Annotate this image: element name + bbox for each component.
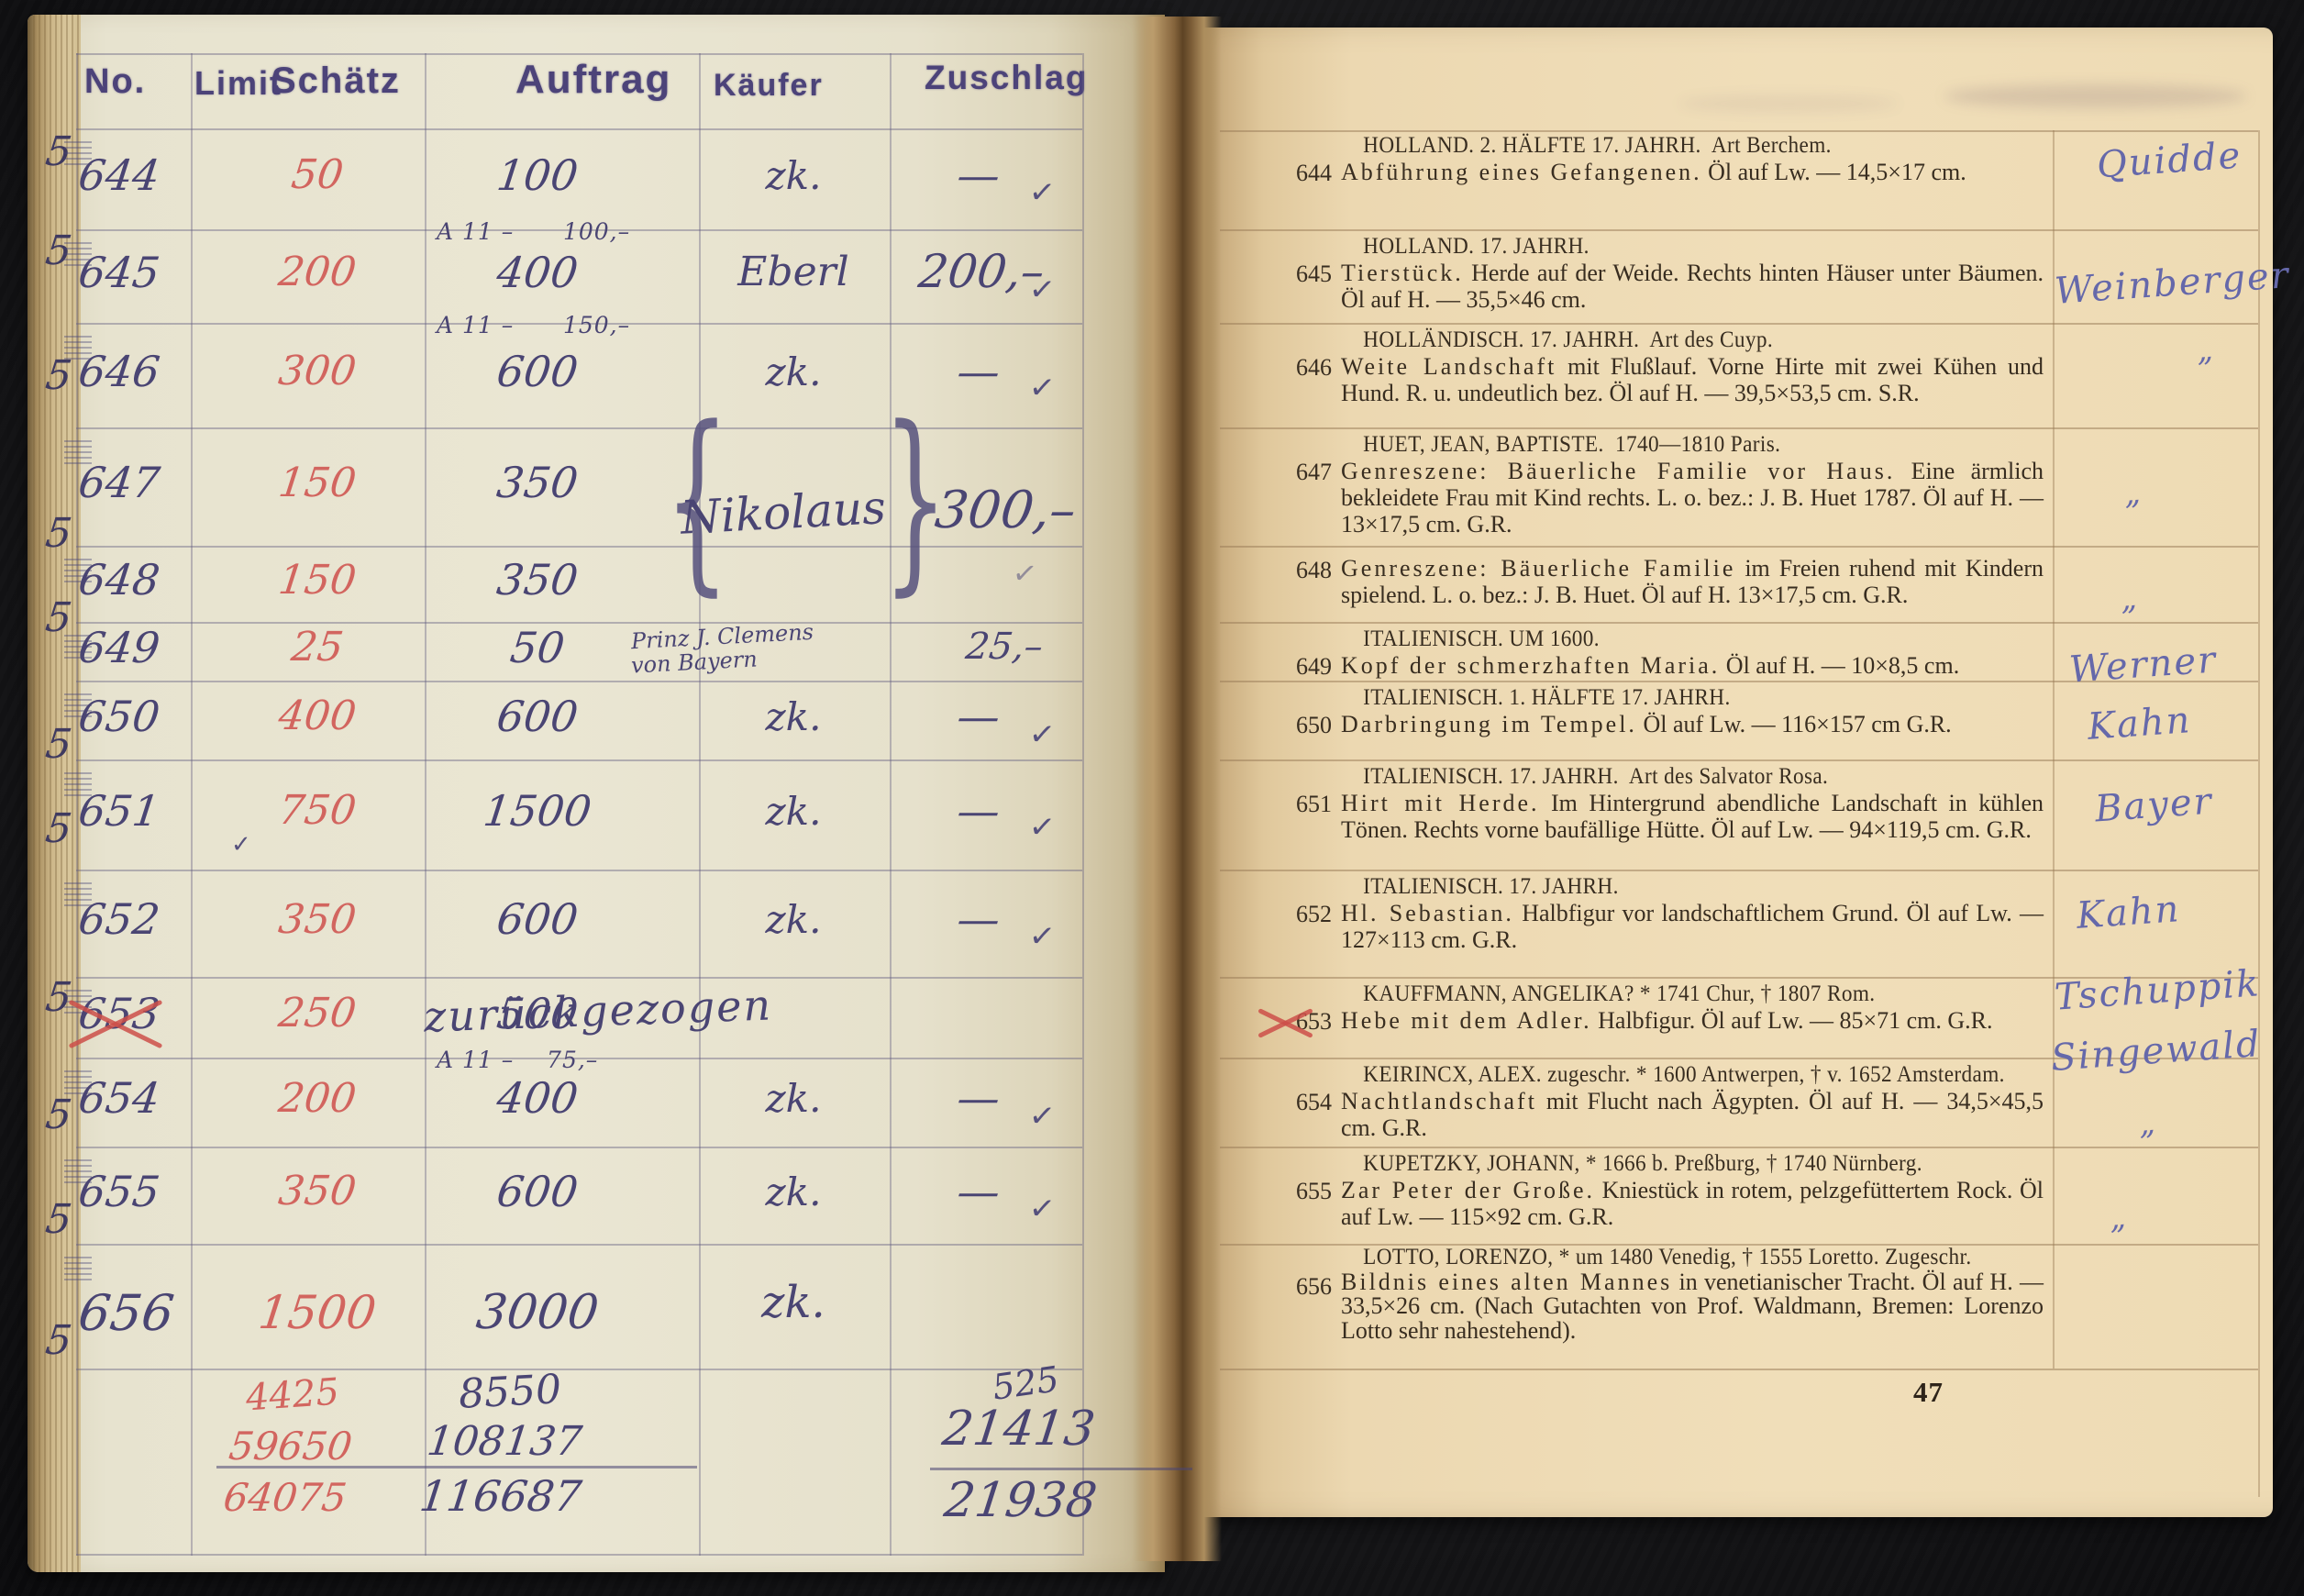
tick-icon: ✓: [231, 831, 251, 859]
lot-title-emphasized: Kopf der schmerzhaften Maria.: [1341, 652, 1720, 679]
row-number: 655: [76, 1167, 162, 1216]
estimate-value: 50: [421, 623, 655, 672]
lot-title-emphasized: Hirt mit Herde.: [1341, 790, 1540, 816]
row-number: 649: [76, 623, 162, 672]
totals-limit-page: 4425: [245, 1371, 341, 1420]
hammer-price: 25,–: [942, 626, 1067, 668]
column-header-auftrag: Auftrag: [515, 57, 671, 103]
catalog-entry: KAUFFMANN, ANGELIKA? * 1741 Chur, † 1807…: [1341, 981, 2044, 1034]
buyer-name: zk.: [699, 789, 888, 834]
hammer-price: —: [916, 1167, 1042, 1216]
page-margin-line: [2258, 130, 2260, 1497]
estimate-value: 3000: [420, 1285, 654, 1340]
margin-buyer-name: Kahn: [2087, 699, 2193, 748]
grid-line-h: [1220, 229, 2258, 231]
estimate-value: 600: [421, 347, 655, 396]
lot-description: Genreszene: Bäuerliche Familie vor Haus.…: [1341, 458, 2044, 538]
entry-header: ITALIENISCH. UM 1600.: [1341, 626, 1994, 652]
lot-number: 650: [1280, 712, 1332, 739]
margin-ditto-mark: „: [2120, 580, 2140, 617]
entry-header: HOLLAND. 2. HÄLFTE 17. JAHRH. Art Berche…: [1341, 132, 1994, 159]
lot-title-rest: Öl auf Lw. — 116×157 cm G.R.: [1637, 711, 1952, 737]
lot-description: Hirt mit Herde. Im Hintergrund abendlich…: [1341, 790, 2044, 843]
lot-title-emphasized: Bildnis eines alten Mannes: [1341, 1269, 1672, 1295]
totals-estimate-carry: 108137: [425, 1418, 584, 1465]
lot-description: Hebe mit dem Adler. Halbfigur. Öl auf Lw…: [1341, 1007, 2044, 1034]
lot-number: 646: [1280, 354, 1332, 382]
hammer-price: 200,–: [915, 245, 1041, 298]
row-number: 644: [76, 150, 162, 200]
hammer-price: —: [916, 894, 1042, 944]
page-number: 47: [1913, 1376, 1944, 1409]
limit-value: 1500: [216, 1286, 417, 1339]
grid-line-h: [76, 1147, 1082, 1148]
buyer-name: zk.: [699, 897, 888, 942]
totals-limit-carry: 59650: [227, 1424, 355, 1469]
hammer-price: —: [916, 150, 1042, 200]
tick-icon: ✓: [1010, 554, 1039, 592]
entry-header: HOLLÄNDISCH. 17. JAHRH. Art des Cuyp.: [1341, 327, 1994, 353]
book-gutter: [1134, 17, 1222, 1561]
catalog-entry: Genreszene: Bäuerliche Familie im Freien…: [1341, 555, 2044, 608]
lot-number: 651: [1280, 791, 1332, 818]
lot-description: Weite Landschaft mit Flußlauf. Vorne Hir…: [1341, 353, 2044, 406]
row-number: 648: [76, 555, 162, 604]
limit-value: 50: [217, 151, 417, 198]
grid-line-h: [76, 977, 1082, 979]
estimate-value: 600: [421, 894, 655, 944]
row-number: 647: [76, 458, 162, 507]
estimate-value: 1500: [421, 786, 655, 836]
lot-description: Bildnis eines alten Mannes in venetianis…: [1341, 1270, 2044, 1344]
auftrag-annotation: A 11 – 100,–: [437, 218, 630, 245]
tick-icon: ✓: [1027, 1096, 1058, 1136]
buyer-name: zk.: [699, 1169, 888, 1214]
totals-limit-sum: 64075: [221, 1475, 349, 1520]
lot-title-emphasized: Genreszene: Bäuerliche Familie vor Haus.: [1341, 458, 1895, 484]
ink-smudge: [64, 1257, 92, 1280]
lot-description: Hl. Sebastian. Halbfigur vor landschaftl…: [1341, 900, 2044, 953]
buyer-name: Eberl: [699, 249, 888, 295]
lot-title-rest: Halbfigur. Öl auf Lw. — 85×71 cm. G.R.: [1592, 1007, 1993, 1034]
lot-number: 645: [1280, 260, 1332, 288]
hammer-price: —: [916, 786, 1042, 836]
entry-header: HOLLAND. 17. JAHRH.: [1341, 233, 1994, 260]
column-header-no: No.: [84, 62, 146, 102]
margin-ditto-mark: „: [2109, 1199, 2129, 1236]
entry-header: ITALIENISCH. 17. JAHRH.: [1341, 873, 1994, 900]
grid-line-v: [1082, 53, 1084, 1556]
grid-line-h: [76, 53, 1082, 55]
lot-number: 647: [1280, 459, 1332, 486]
lot-number: 656: [1280, 1273, 1332, 1301]
margin-buyer-name: Kahn: [2076, 888, 2182, 937]
cross-icon: [1258, 999, 1312, 1043]
limit-value: 750: [217, 787, 417, 834]
grid-line-h: [1220, 622, 2258, 624]
book-photo: No. Limit Schätz Auftrag Käufer Zuschlag…: [0, 0, 2304, 1596]
margin-ditto-mark: „: [2123, 474, 2143, 512]
lot-title-rest: Öl auf Lw. — 14,5×17 cm.: [1702, 159, 1966, 185]
tick-icon: ✓: [1027, 808, 1058, 848]
ink-smudge: [1944, 84, 2247, 108]
totals-hammer-sum: 21938: [941, 1473, 1100, 1528]
entry-header: KAUFFMANN, ANGELIKA? * 1741 Chur, † 1807…: [1341, 981, 1994, 1007]
tick-icon: ✓: [1027, 1189, 1058, 1228]
lot-description: Darbringung im Tempel. Öl auf Lw. — 116×…: [1341, 711, 2044, 737]
buyer-name-group-647-648: Nikolaus: [680, 481, 884, 544]
grid-line-h: [76, 1369, 1082, 1370]
lot-title-rest: Öl auf H. — 10×8,5 cm.: [1720, 652, 1959, 679]
lot-description: Tierstück. Herde auf der Weide. Rechts h…: [1341, 260, 2044, 313]
row-number: 654: [76, 1073, 162, 1123]
catalog-entry: KEIRINCX, ALEX. zugeschr. * 1600 Antwerp…: [1341, 1061, 2044, 1141]
column-header-schaetz: Schätz: [271, 61, 401, 102]
grid-line-v: [191, 53, 193, 1556]
estimate-value: 100: [421, 150, 655, 200]
entry-header: LOTTO, LORENZO, * um 1480 Venedig, † 155…: [1341, 1246, 1994, 1270]
grid-line-h: [76, 759, 1082, 761]
lot-title-emphasized: Hebe mit dem Adler.: [1341, 1007, 1592, 1034]
tick-icon: ✓: [1027, 172, 1058, 212]
names-column-line: [2053, 130, 2055, 1369]
estimate-value: 600: [421, 1167, 655, 1216]
estimate-value: 600: [421, 692, 655, 741]
row-number: 651: [76, 786, 162, 836]
catalog-entry: ITALIENISCH. 17. JAHRH.Hl. Sebastian. Ha…: [1341, 873, 2044, 953]
auftrag-annotation: A 11 – 75,–: [437, 1047, 598, 1073]
grid-line-h: [76, 1554, 1082, 1556]
margin-buyer-name: Bayer: [2094, 781, 2215, 831]
hammer-price: —: [916, 1073, 1042, 1123]
grid-line-h: [1220, 1147, 2258, 1148]
cross-icon: [70, 995, 161, 1048]
lot-title-emphasized: Tierstück.: [1341, 260, 1464, 286]
lot-title-emphasized: Zar Peter der Große.: [1341, 1177, 1595, 1203]
row-number: 645: [76, 248, 162, 297]
row-number: 650: [76, 692, 162, 741]
limit-value: 300: [217, 348, 417, 394]
grid-line-h: [1220, 546, 2258, 548]
lot-title-emphasized: Genreszene: Bäuerliche Familie: [1341, 555, 1735, 582]
lot-description: Kopf der schmerzhaften Maria. Öl auf H. …: [1341, 652, 2044, 679]
limit-value: 400: [217, 693, 417, 739]
grid-line-h: [76, 870, 1082, 871]
lot-description: Zar Peter der Große. Kniestück in rotem,…: [1341, 1177, 2044, 1230]
totals-hammer-carry: 21413: [939, 1402, 1098, 1457]
totals-estimate-sum: 116687: [417, 1471, 584, 1521]
buyer-name: zk.: [699, 153, 888, 198]
totals-sum-line: [930, 1468, 1192, 1470]
lot-title-emphasized: Hl. Sebastian.: [1341, 900, 1514, 926]
lot-title-emphasized: Darbringung im Tempel.: [1341, 711, 1637, 737]
auftrag-annotation: A 11 – 150,–: [437, 312, 630, 338]
grid-line-h: [76, 681, 1082, 682]
row-number: 652: [76, 894, 162, 944]
limit-value: 25: [217, 624, 417, 671]
catalog-entry: HOLLAND. 17. JAHRH.Tierstück. Herde auf …: [1341, 233, 2044, 313]
buyer-name: zk.: [699, 1277, 888, 1328]
catalog-entry: HOLLAND. 2. HÄLFTE 17. JAHRH. Art Berche…: [1341, 132, 2044, 185]
lot-description: Abführung eines Gefangenen. Öl auf Lw. —…: [1341, 159, 2044, 185]
totals-sum-line: [216, 1466, 697, 1469]
column-header-kaeufer: Käufer: [714, 68, 824, 104]
lot-number: 648: [1280, 557, 1332, 584]
estimate-value: 350: [421, 458, 655, 507]
catalog-entry: HUET, JEAN, BAPTISTE. 1740—1810 Paris.Ge…: [1341, 431, 2044, 538]
limit-value: 150: [217, 460, 417, 506]
limit-value: 200: [217, 1075, 417, 1122]
column-header-zuschlag: Zuschlag: [925, 59, 1088, 97]
lot-number: 655: [1280, 1178, 1332, 1205]
margin-ditto-mark: „: [2196, 331, 2216, 369]
entry-header: KEIRINCX, ALEX. zugeschr. * 1600 Antwerp…: [1341, 1061, 1994, 1088]
limit-value: 250: [217, 990, 417, 1036]
lot-number: 649: [1280, 653, 1332, 681]
column-header-limit: Limit: [194, 64, 282, 103]
catalog-entry: LOTTO, LORENZO, * um 1480 Venedig, † 155…: [1341, 1246, 2044, 1343]
margin-ditto-mark: „: [2138, 1104, 2158, 1142]
buyer-name: zk.: [699, 1076, 888, 1121]
hammer-price: —: [916, 692, 1042, 741]
lot-number: 644: [1280, 160, 1332, 187]
lot-number: 654: [1280, 1089, 1332, 1116]
entry-header: ITALIENISCH. 17. JAHRH. Art des Salvator…: [1341, 763, 1994, 790]
catalog-entry: ITALIENISCH. 17. JAHRH. Art des Salvator…: [1341, 763, 2044, 843]
lot-title-emphasized: Nachtlandschaft: [1341, 1088, 1537, 1114]
grid-line-h: [1220, 1369, 2258, 1370]
estimate-value: 350: [421, 555, 655, 604]
hammer-price-group-647-648: 300,–: [932, 481, 1080, 540]
lot-description: Genreszene: Bäuerliche Familie im Freien…: [1341, 555, 2044, 608]
estimate-value: 400: [421, 248, 655, 297]
grid-line-h: [1220, 427, 2258, 429]
lot-title-emphasized: Weite Landschaft: [1341, 353, 1556, 380]
estimate-value: 400: [421, 1073, 655, 1123]
lot-number: 652: [1280, 901, 1332, 928]
grid-line-h: [76, 1244, 1082, 1246]
entry-header: HUET, JEAN, BAPTISTE. 1740—1810 Paris.: [1341, 431, 1994, 458]
grid-line-h: [76, 128, 1082, 130]
row-number: 646: [76, 347, 162, 396]
catalog-entry: ITALIENISCH. 1. HÄLFTE 17. JAHRH.Darbrin…: [1341, 684, 2044, 737]
limit-value: 150: [217, 557, 417, 604]
buyer-name: zk.: [699, 694, 888, 739]
grid-line-h: [1220, 870, 2258, 871]
grid-line-h: [1220, 323, 2258, 325]
lot-title-emphasized: Abführung eines Gefangenen.: [1341, 159, 1702, 185]
tick-icon: ✓: [1027, 369, 1058, 408]
tick-icon: ✓: [1027, 715, 1058, 754]
ink-smudge: [1678, 95, 1899, 112]
catalog-entry: KUPETZKY, JOHANN, * 1666 b. Preßburg, † …: [1341, 1150, 2044, 1230]
entry-header: KUPETZKY, JOHANN, * 1666 b. Preßburg, † …: [1341, 1150, 1994, 1177]
entry-header: ITALIENISCH. 1. HÄLFTE 17. JAHRH.: [1341, 684, 1994, 711]
grid-line-v: [890, 53, 892, 1556]
tick-icon: ✓: [1027, 916, 1058, 956]
tick-icon: ✓: [1027, 271, 1058, 310]
limit-value: 350: [217, 1168, 417, 1214]
grid-line-h: [1220, 759, 2258, 761]
catalog-entry: ITALIENISCH. UM 1600.Kopf der schmerzhaf…: [1341, 626, 2044, 679]
limit-value: 200: [217, 249, 417, 295]
catalog-entry: HOLLÄNDISCH. 17. JAHRH. Art des Cuyp.Wei…: [1341, 327, 2044, 406]
totals-estimate-page: 8550: [458, 1366, 563, 1418]
limit-value: 350: [217, 896, 417, 943]
row-number: 656: [75, 1284, 177, 1342]
lot-description: Nachtlandschaft mit Flucht nach Ägypten.…: [1341, 1088, 2044, 1141]
